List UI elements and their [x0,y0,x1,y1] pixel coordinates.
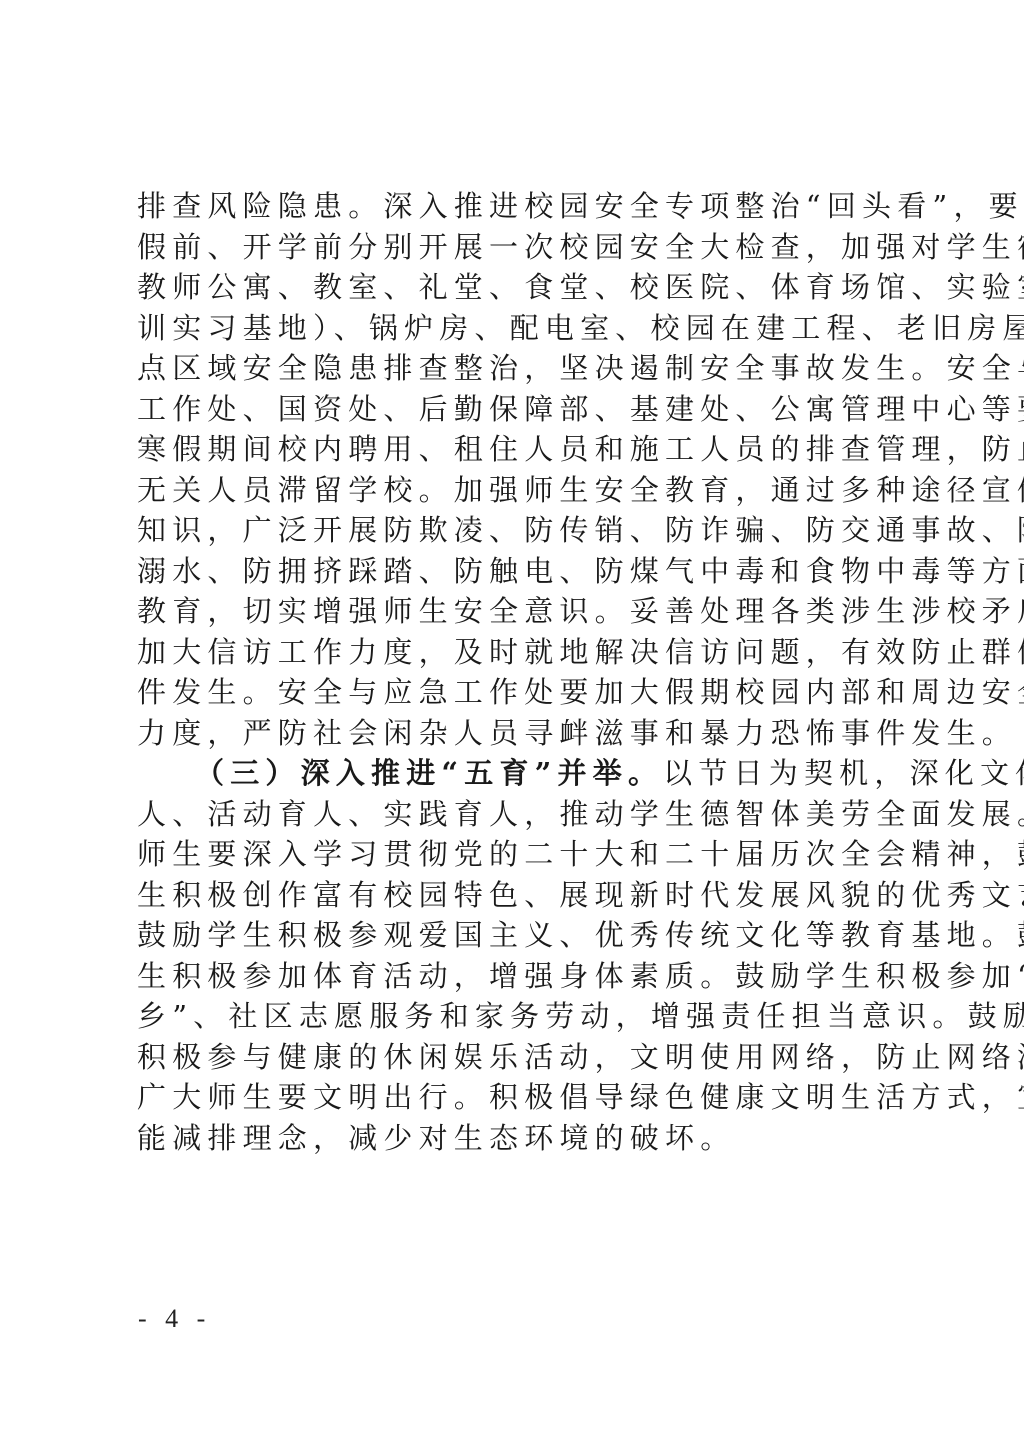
text-line: 假前、开学前分别开展一次校园安全大检查，加强对学生宿舍、 [137,227,899,268]
text-line: 教育，切实增强师生安全意识。妥善处理各类涉生涉校矛盾纠纷， [137,591,899,632]
text-line: 溺水、防拥挤踩踏、防触电、防煤气中毒和食物中毒等方面安全 [137,551,899,592]
text-line: 训实习基地）、锅炉房、配电室、校园在建工程、老旧房屋等重 [137,308,899,349]
text-line: 件发生。安全与应急工作处要加大假期校园内部和周边安全巡查 [137,672,899,713]
text-line: 寒假期间校内聘用、租住人员和施工人员的排查管理，防止校外 [137,429,899,470]
text-line: 无关人员滞留学校。加强师生安全教育，通过多种途径宣传安全 [137,470,899,511]
text-line: 生积极参加体育活动，增强身体素质。鼓励学生积极参加“返家 [137,956,899,997]
text-line: 加大信访工作力度，及时就地解决信访问题，有效防止群体性事 [137,632,899,673]
text-line: 力度，严防社会闲杂人员寻衅滋事和暴力恐怖事件发生。 [137,713,899,754]
text-line: 生积极创作富有校园特色、展现新时代发展风貌的优秀文艺作品。 [137,875,899,916]
text-line: 人、活动育人、实践育人，推动学生德智体美劳全面发展。广大 [137,794,899,835]
text-line: 积极参与健康的休闲娱乐活动，文明使用网络，防止网络沉迷。 [137,1037,899,1078]
text-line: 能减排理念，减少对生态环境的破坏。 [137,1118,899,1159]
body-text: 排查风险隐患。深入推进校园安全专项整治“回头看”，要在放 假前、开学前分别开展一… [137,186,899,1158]
paragraph-safety: 排查风险隐患。深入推进校园安全专项整治“回头看”，要在放 假前、开学前分别开展一… [137,186,899,753]
text-line: 知识，广泛开展防欺凌、防传销、防诈骗、防交通事故、防滑冰 [137,510,899,551]
text-line-first: （三）深入推进“五育”并举。以节日为契机，深化文化育 [137,753,899,794]
heading-continuation: 以节日为契机，深化文化育 [663,756,1024,790]
page-number: - 4 - [138,1304,211,1334]
section-heading: （三）深入推进“五育”并举。 [195,756,663,790]
text-line: 乡”、社区志愿服务和家务劳动，增强责任担当意识。鼓励学生 [137,996,899,1037]
paragraph-five-education: （三）深入推进“五育”并举。以节日为契机，深化文化育 人、活动育人、实践育人，推… [137,753,899,1158]
text-line: 广大师生要文明出行。积极倡导绿色健康文明生活方式，宣传节 [137,1077,899,1118]
text-line: 教师公寓、教室、礼堂、食堂、校医院、体育场馆、实验室（实 [137,267,899,308]
text-line: 点区域安全隐患排查整治，坚决遏制安全事故发生。安全与应急 [137,348,899,389]
text-line: 师生要深入学习贯彻党的二十大和二十届历次全会精神，鼓励师 [137,834,899,875]
text-line: 排查风险隐患。深入推进校园安全专项整治“回头看”，要在放 [137,186,899,227]
text-line: 鼓励学生积极参观爱国主义、优秀传统文化等教育基地。鼓励学 [137,915,899,956]
document-page: 排查风险隐患。深入推进校园安全专项整治“回头看”，要在放 假前、开学前分别开展一… [0,0,1024,1448]
text-line: 工作处、国资处、后勤保障部、基建处、公寓管理中心等要加强 [137,389,899,430]
